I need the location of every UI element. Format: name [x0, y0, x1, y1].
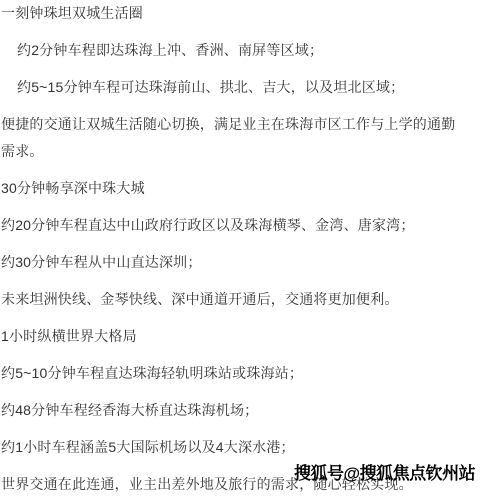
paragraph: 未来坦洲快线、金琴快线、深中通道开通后，交通将更加便利。 [1, 286, 462, 313]
paragraph: 便捷的交通让双城生活随心切换，满足业主在珠海市区工作与上学的通勤需求。 [1, 111, 462, 165]
paragraph: 1小时纵横世界大格局 [1, 323, 462, 350]
sohu-watermark: 搜狐号@搜狐焦点钦州站 [294, 462, 475, 486]
paragraph: 约30分钟车程从中山直达深圳； [1, 249, 462, 276]
paragraph: 约5~15分钟车程可达珠海前山、拱北、吉大，以及坦北区域； [1, 74, 462, 101]
paragraph: 约2分钟车程即达珠海上冲、香洲、南屏等区域； [1, 37, 462, 64]
article-body: 一刻钟珠坦双城生活圈约2分钟车程即达珠海上冲、香洲、南屏等区域；约5~15分钟车… [0, 0, 462, 496]
paragraph: 约1小时车程涵盖5大国际机场以及4大深水港； [1, 434, 462, 461]
paragraph: 约20分钟车程直达中山政府行政区以及珠海横琴、金湾、唐家湾； [1, 212, 462, 239]
paragraph: 约5~10分钟车程直达珠海轻轨明珠站或珠海站； [1, 360, 462, 387]
paragraph: 约48分钟车程经香海大桥直达珠海机场； [1, 397, 462, 424]
paragraph: 30分钟畅享深中珠大城 [1, 175, 462, 202]
paragraph: 一刻钟珠坦双城生活圈 [1, 0, 462, 27]
